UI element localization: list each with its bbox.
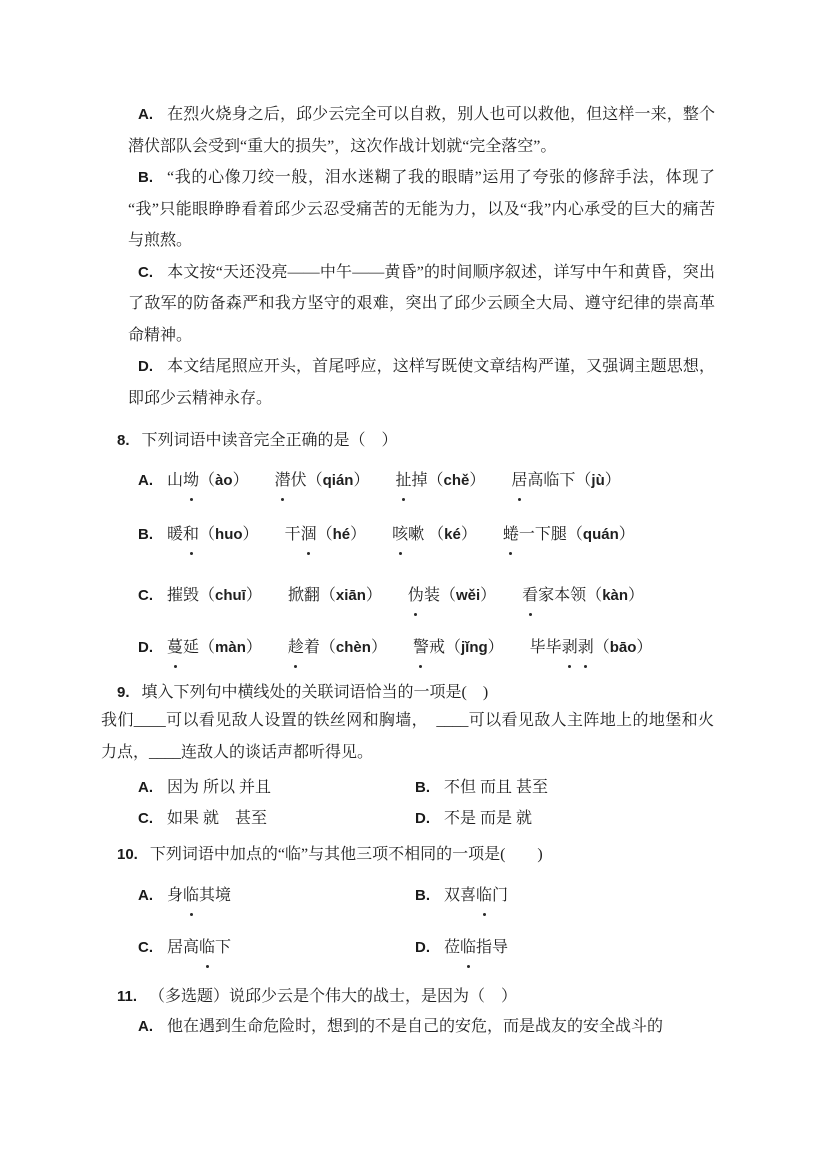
q8-option-d-label: D. xyxy=(138,639,153,656)
q9-option-c-label: C. xyxy=(138,810,153,827)
q9-option-a-label: A. xyxy=(138,779,153,796)
q9-option-b-label: B. xyxy=(415,779,430,796)
q8-option-a-word-3: 扯掉（chě） xyxy=(395,472,485,489)
q8-option-a-label: A. xyxy=(138,472,153,489)
q10-option-d-text: 莅临指导 xyxy=(444,939,508,956)
q8-option-b: B.暖和（huo）干涸（hé）咳嗽 （ké）蜷一下腿（quán） xyxy=(138,519,635,550)
q8-option-c-label: C. xyxy=(138,587,153,604)
q7-option-b-text: “我的心像刀绞一般，泪水迷糊了我的眼睛”运用了夸张的修辞手法，体现了“我”只能眼… xyxy=(128,169,715,249)
q10-option-c-text: 居高临下 xyxy=(167,939,231,956)
q8-option-c-word-1: 摧毁（chuī） xyxy=(167,587,262,604)
q9-option-b-text: 不但 而且 甚至 xyxy=(444,779,548,796)
q8-option-d-word-1: 蔓延（màn） xyxy=(167,639,262,656)
q11-option-a-text: 他在遇到生命危险时，想到的不是自己的安危，而是战友的安全战斗的 xyxy=(167,1018,663,1035)
q10-option-b: B.双喜临门 xyxy=(415,880,508,911)
q8-option-c-word-2: 掀翻（xiān） xyxy=(288,587,382,604)
q8-option-a: A.山坳（ào）潜伏（qián）扯掉（chě）居高临下（jù） xyxy=(138,465,621,496)
q9-option-c-text: 如果 就 甚至 xyxy=(167,810,267,827)
q11-option-a-label: A. xyxy=(138,1018,153,1035)
q10-option-b-label: B. xyxy=(415,887,430,904)
q8-option-b-word-3: 咳嗽 （ké） xyxy=(392,526,477,543)
q10-option-a: A.身临其境 xyxy=(138,880,415,911)
q8-option-d-word-2: 趁着（chèn） xyxy=(288,639,387,656)
exam-document-page: A.在烈火烧身之后，邱少云完全可以自救，别人也可以救他，但这样一来，整个潜伏部队… xyxy=(0,0,826,1169)
q10-option-a-text: 身临其境 xyxy=(167,887,231,904)
q8-option-d-word-4: 毕毕剥剥（bāo） xyxy=(530,639,653,656)
q9-stem-text: 填入下列句中横线处的关联词语恰当的一项是( ) xyxy=(142,684,489,701)
q11-number: 11. xyxy=(117,988,137,1005)
q8-option-d: D.蔓延（màn）趁着（chèn）警戒（jǐng）毕毕剥剥（bāo） xyxy=(138,632,652,663)
q10-option-d-label: D. xyxy=(415,939,430,956)
q8-option-d-word-3: 警戒（jǐng） xyxy=(413,639,504,656)
q8-option-b-word-2: 干涸（hé） xyxy=(285,526,367,543)
q7-option-b-label: B. xyxy=(138,169,153,186)
q7-option-d-label: D. xyxy=(138,358,153,375)
q7-option-c: C.本文按“天还没亮——中午——黄昏”的时间顺序叙述，详写中午和黄昏，突出了敌军… xyxy=(128,257,715,352)
q10-number: 10. xyxy=(117,846,138,863)
q8-option-a-word-2: 潜伏（qián） xyxy=(275,472,370,489)
q10-option-a-label: A. xyxy=(138,887,153,904)
q8-stem-text: 下列词语中读音完全正确的是（ ） xyxy=(142,432,398,449)
q9-option-b: B.不但 而且 甚至 xyxy=(415,773,548,804)
question-8-stem: 8.下列词语中读音完全正确的是（ ） xyxy=(117,425,398,456)
q11-stem-text: （多选题）说邱少云是个伟大的战士，是因为（ ） xyxy=(149,988,517,1005)
q9-option-d-text: 不是 而是 就 xyxy=(444,810,532,827)
q7-option-d: D.本文结尾照应开头，首尾呼应，这样写既使文章结构严谨，又强调主题思想，即邱少云… xyxy=(128,351,715,414)
q7-option-a-label: A. xyxy=(138,106,153,123)
q7-option-a: A.在烈火烧身之后，邱少云完全可以自救，别人也可以救他，但这样一来，整个潜伏部队… xyxy=(128,99,715,162)
q7-option-b: B.“我的心像刀绞一般，泪水迷糊了我的眼睛”运用了夸张的修辞手法，体现了“我”只… xyxy=(128,162,715,257)
q8-option-b-word-1: 暖和（huo） xyxy=(167,526,259,543)
q9-fill-in-sentence: 我们____可以看见敌人设置的铁丝网和胸墙， ____可以看见敌人主阵地上的地堡… xyxy=(101,705,714,768)
q7-option-d-text: 本文结尾照应开头，首尾呼应，这样写既使文章结构严谨，又强调主题思想，即邱少云精神… xyxy=(128,358,715,407)
q10-option-d: D.莅临指导 xyxy=(415,932,508,963)
q9-option-c: C.如果 就 甚至 xyxy=(138,804,415,835)
q9-option-d-label: D. xyxy=(415,810,430,827)
q9-option-a-text: 因为 所以 并且 xyxy=(167,779,271,796)
q8-option-b-word-4: 蜷一下腿（quán） xyxy=(503,526,635,543)
question-11-stem: 11.（多选题）说邱少云是个伟大的战士，是因为（ ） xyxy=(117,981,517,1012)
q11-option-a: A.他在遇到生命危险时，想到的不是自己的安危，而是战友的安全战斗的 xyxy=(138,1011,716,1042)
q7-option-c-text: 本文按“天还没亮——中午——黄昏”的时间顺序叙述，详写中午和黄昏，突出了敌军的防… xyxy=(128,264,715,344)
q10-option-b-text: 双喜临门 xyxy=(444,887,508,904)
q10-stem-text: 下列词语中加点的“临”与其他三项不相同的一项是( ) xyxy=(150,846,543,863)
question-7-options: A.在烈火烧身之后，邱少云完全可以自救，别人也可以救他，但这样一来，整个潜伏部队… xyxy=(128,99,715,414)
q8-option-c: C.摧毁（chuī）掀翻（xiān）伪装（wěi）看家本领（kàn） xyxy=(138,580,644,611)
q7-option-c-label: C. xyxy=(138,264,153,281)
q8-number: 8. xyxy=(117,432,130,449)
q9-option-d: D.不是 而是 就 xyxy=(415,804,548,835)
question-10-stem: 10.下列词语中加点的“临”与其他三项不相同的一项是( ) xyxy=(117,839,543,870)
q9-options: A.因为 所以 并且 B.不但 而且 甚至 C.如果 就 甚至 D.不是 而是 … xyxy=(138,773,548,834)
q8-option-c-word-3: 伪装（wěi） xyxy=(408,587,496,604)
q9-number: 9. xyxy=(117,684,130,701)
q10-option-c: C.居高临下 xyxy=(138,932,415,963)
q8-option-b-label: B. xyxy=(138,526,153,543)
q9-option-a: A.因为 所以 并且 xyxy=(138,773,415,804)
q7-option-a-text: 在烈火烧身之后，邱少云完全可以自救，别人也可以救他，但这样一来，整个潜伏部队会受… xyxy=(128,106,715,155)
q10-option-c-label: C. xyxy=(138,939,153,956)
question-9-stem: 9.填入下列句中横线处的关联词语恰当的一项是( ) xyxy=(117,677,488,708)
q8-option-a-word-4: 居高临下（jù） xyxy=(511,472,620,489)
q8-option-c-word-4: 看家本领（kàn） xyxy=(522,587,644,604)
q8-option-a-word-1: 山坳（ào） xyxy=(167,472,249,489)
q10-options: A.身临其境 B.双喜临门 C.居高临下 D.莅临指导 xyxy=(138,880,508,963)
